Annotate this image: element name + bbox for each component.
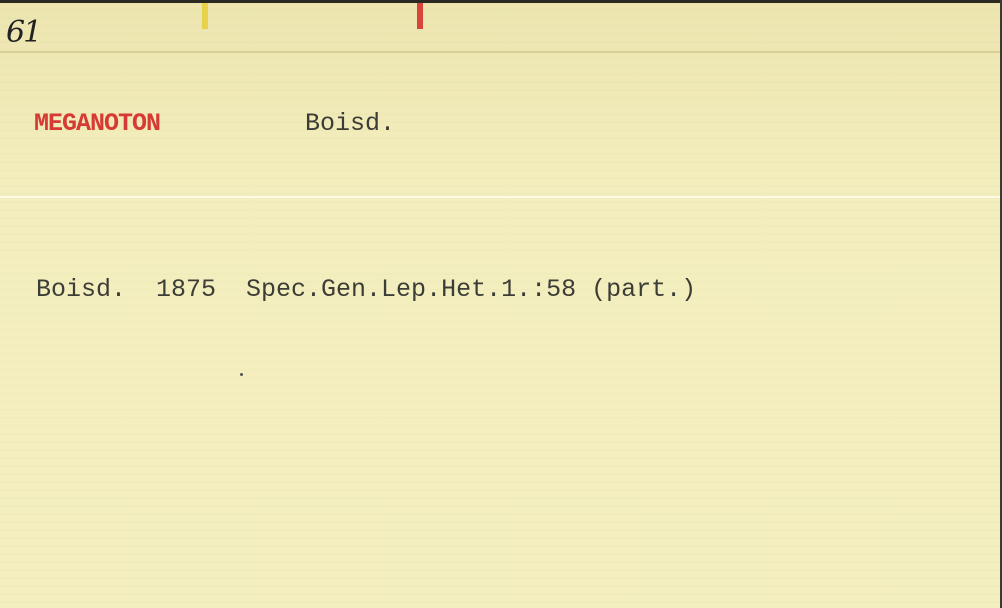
header-rule — [0, 51, 1000, 53]
citation-line: Boisd. 1875 Spec.Gen.Lep.Het.1.:58 (part… — [36, 275, 696, 304]
genus-author: Boisd. — [305, 109, 395, 138]
ink-speck — [240, 373, 243, 376]
handwritten-number: 61 — [6, 15, 40, 50]
yellow-tab-marker — [202, 3, 208, 29]
genus-name: MEGANOTON — [34, 109, 160, 138]
red-tab-marker — [417, 3, 423, 29]
mid-rule — [0, 196, 1000, 198]
index-card: 61 MEGANOTON Boisd. Boisd. 1875 Spec.Gen… — [0, 3, 1000, 608]
